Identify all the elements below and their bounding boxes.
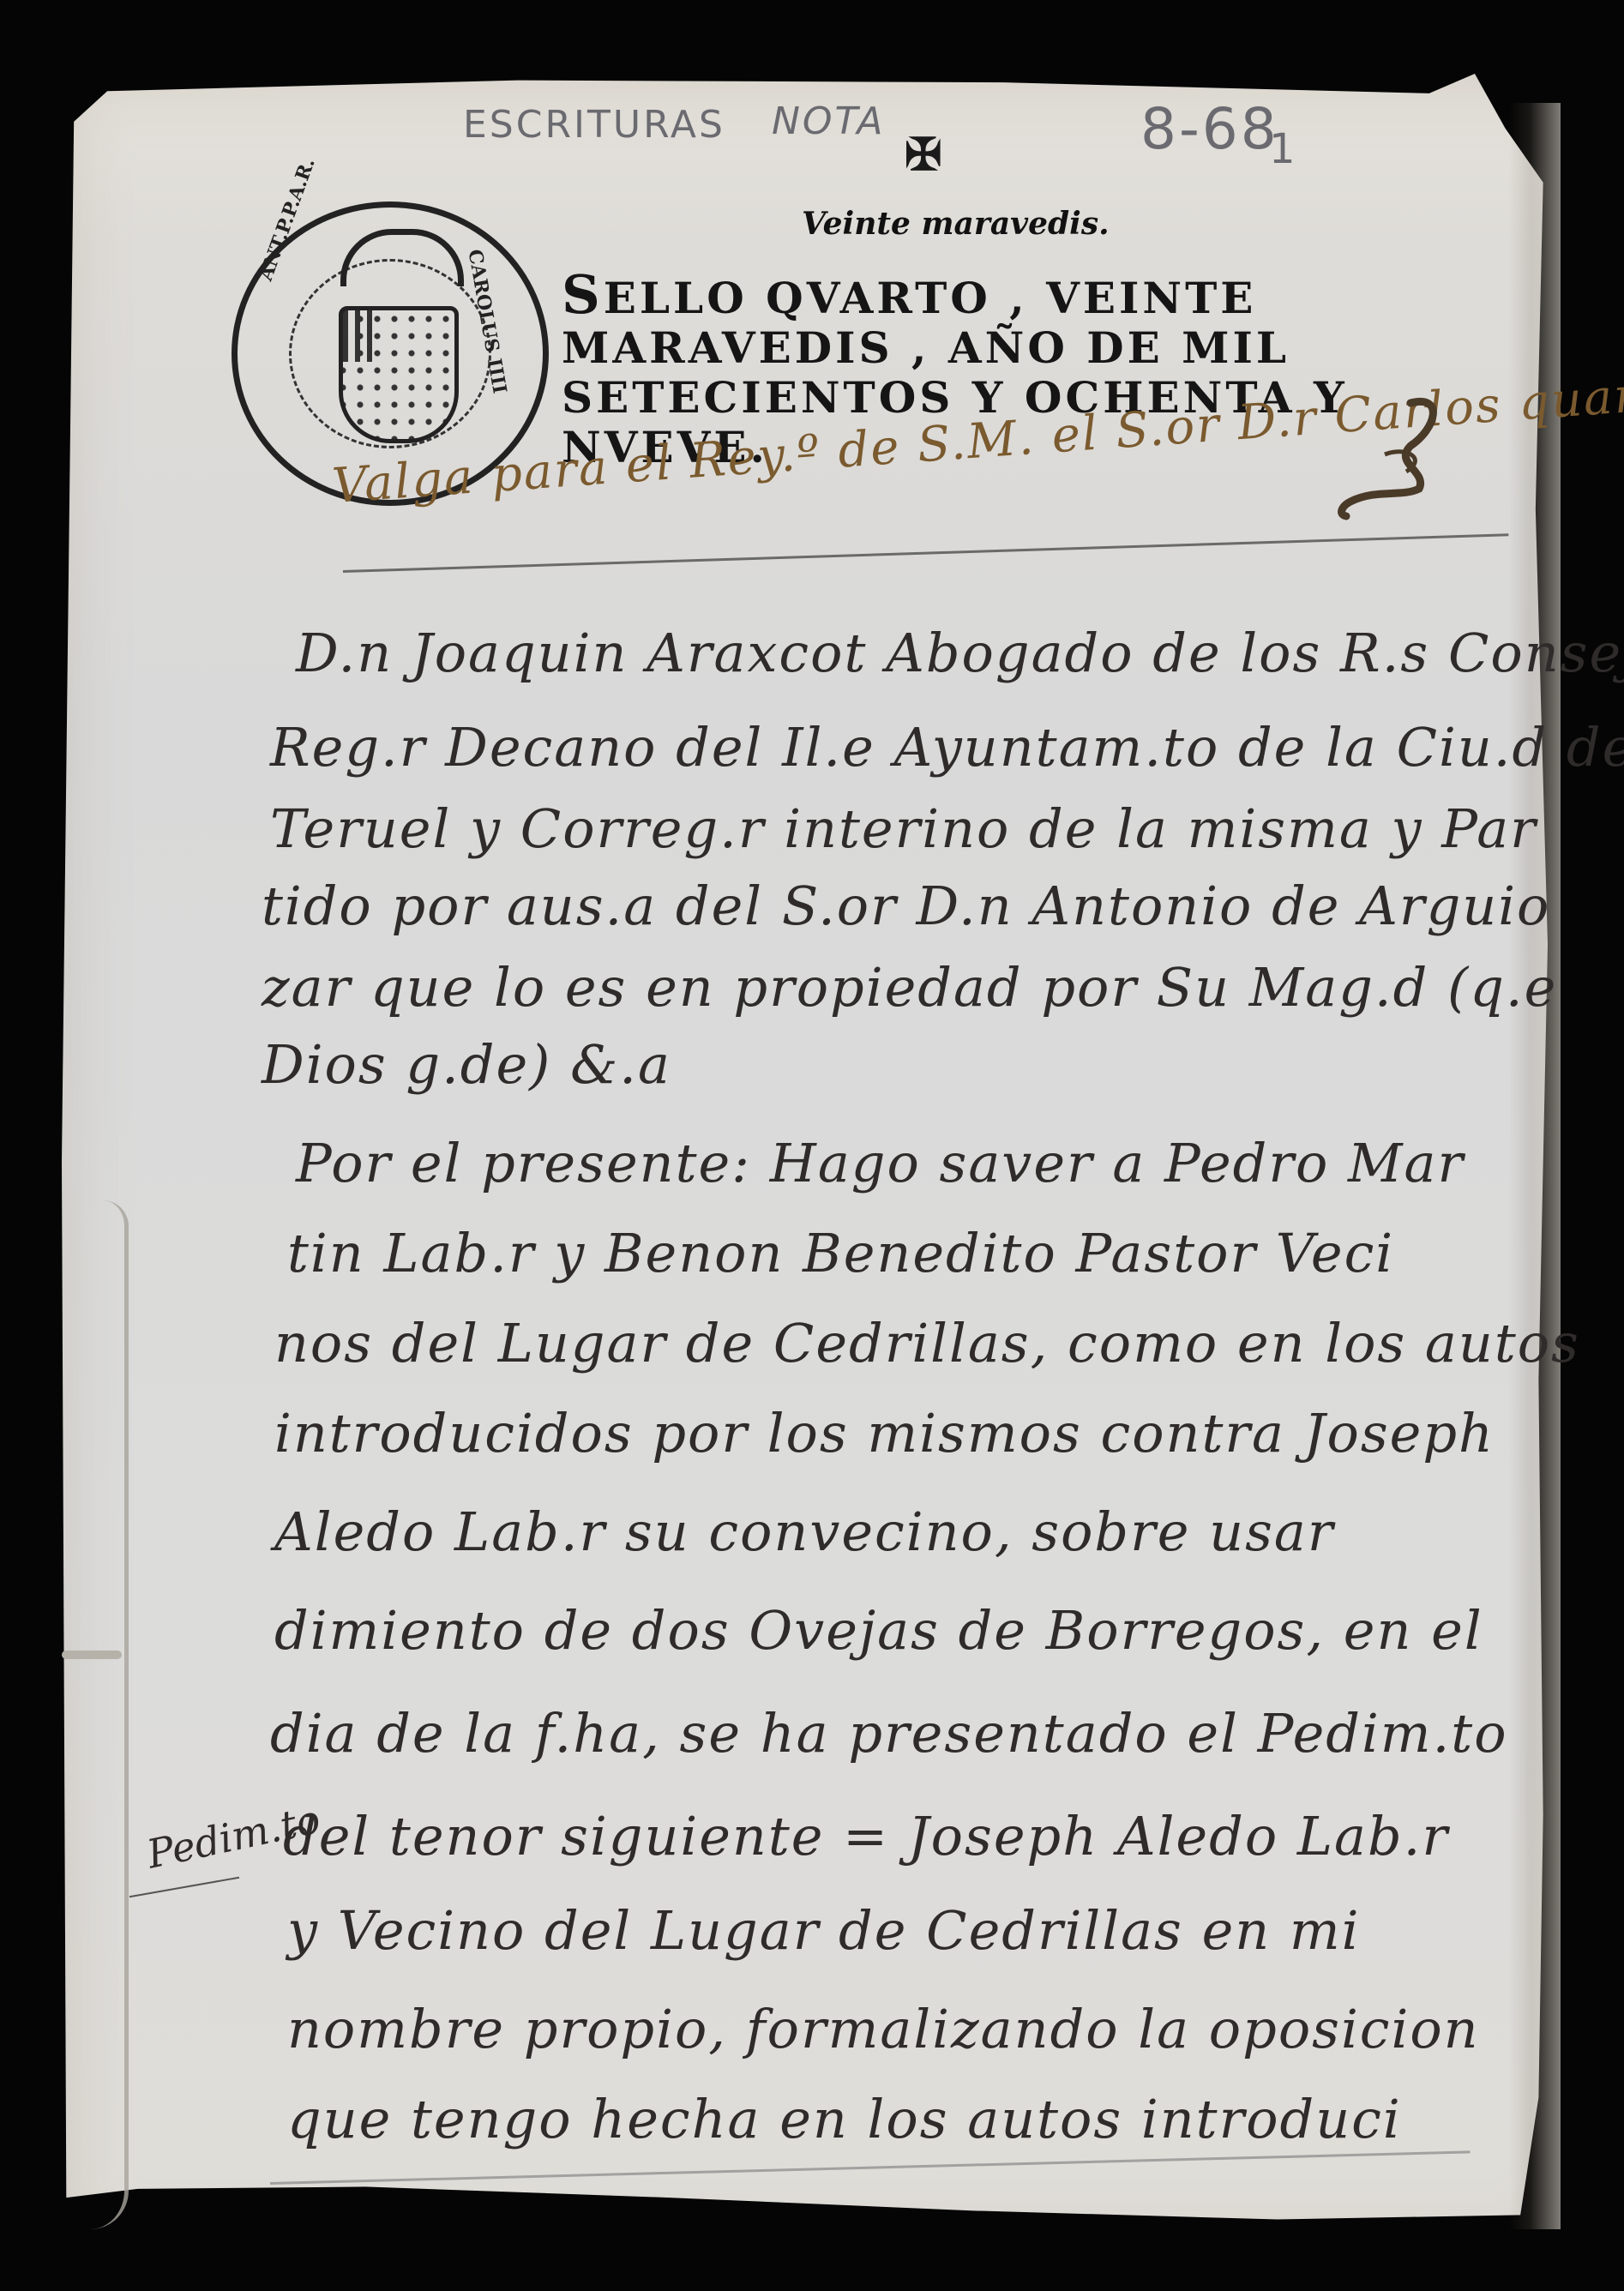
body-line: Teruel y Correg.r interino de la misma y… <box>270 797 1537 860</box>
body-line: tin Lab.r y Benon Benedito Pastor Veci <box>287 1222 1394 1284</box>
body-line: Aledo Lab.r su convecino, sobre usar <box>274 1500 1335 1563</box>
body-line: introducidos por los mismos contra Josep… <box>274 1402 1495 1464</box>
body-line: Dios g.de) &.a <box>262 1033 671 1096</box>
body-line: D.n Joaquin Araxcot Abogado de los R.s C… <box>296 622 1624 684</box>
body-line: nos del Lugar de Cedrillas, como en los … <box>274 1312 1580 1374</box>
stamp-line: MARAVEDIS , AÑO DE MIL <box>562 323 1548 373</box>
body-line: zar que lo es en propiedad por Su Mag.d … <box>262 956 1557 1019</box>
rubric-flourish-icon <box>1325 394 1453 523</box>
binding-thread-knot <box>62 1651 122 1659</box>
body-line: del tenor siguiente = Joseph Aledo Lab.r <box>283 1805 1449 1867</box>
body-line: tido por aus.a del S.or D.n Antonio de A… <box>262 875 1550 937</box>
body-line: que tengo hecha en los autos introduci <box>287 2088 1402 2150</box>
archival-category: ESCRITURAS <box>463 103 725 147</box>
binding-thread <box>90 1200 129 2229</box>
body-line: nombre propio, formalizando la oposicion <box>287 1998 1480 2060</box>
body-line: dia de la f.ha, se ha presentado el Pedi… <box>270 1702 1508 1765</box>
body-line: Por el presente: Hago saver a Pedro Mar <box>296 1132 1465 1194</box>
folio-number: 1 <box>1269 125 1298 173</box>
seal-legend-right: CAROLUS IIII <box>463 248 510 395</box>
stamp-value-heading: Veinte maravedis. <box>802 206 1110 242</box>
body-line: y Vecino del Lugar de Cedrillas en mi <box>287 1899 1361 1962</box>
archival-reference-number: 8-68 <box>1140 96 1279 162</box>
body-line: Reg.r Decano del Il.e Ayuntam.to de la C… <box>270 716 1624 779</box>
cross-icon: ✠ <box>905 129 942 181</box>
body-line: dimiento de dos Ovejas de Borregos, en e… <box>274 1599 1483 1662</box>
stamp-line: SELLO QVARTO , VEINTE <box>562 270 1548 323</box>
archival-subcategory: NOTA <box>772 99 885 143</box>
